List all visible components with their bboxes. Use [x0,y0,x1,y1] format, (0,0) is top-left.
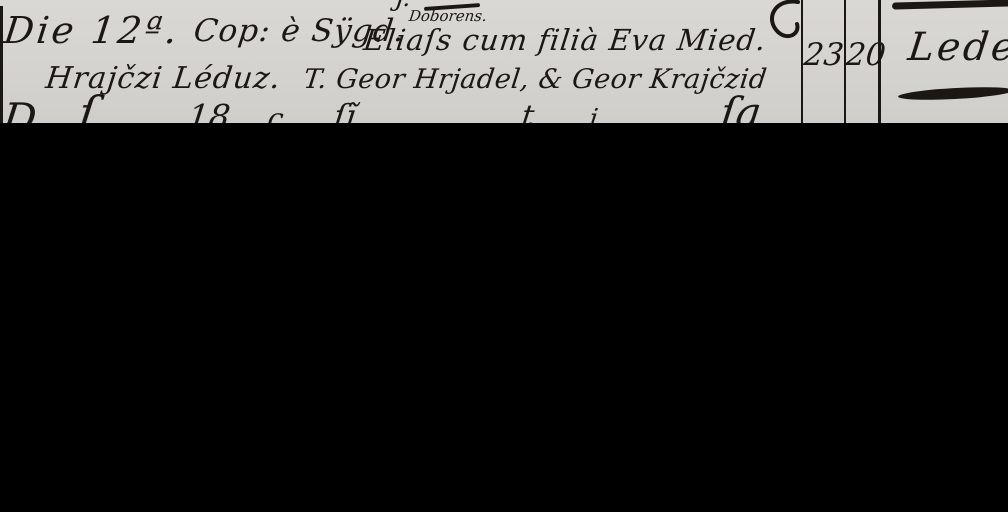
entry-line2-left: Hrajčzi Léduz. [44,64,283,94]
next-row-fragment-5: ſĩ [332,100,358,123]
entry-line2-right: T. Geor Hrjadel, & Geor Krajčzid [302,66,769,93]
age-column-1-value: 23 [802,40,844,71]
void-area [0,123,1008,512]
place-name: Ledečz [906,28,1008,67]
next-row-fragment-7: i [588,106,600,123]
next-row-fragment-4: c [266,105,285,123]
next-row-fragment-1: D [0,98,39,123]
entry-date: Die 12ª. [2,12,182,49]
next-row-fragment-3: 18 [186,100,232,123]
next-row-fragment-8: ſa [718,92,764,123]
register-scan: J. Die 12ª. Cop: è Sÿgd. Doborens. Eliaſ… [0,0,1008,123]
page-left-border-line [0,6,3,123]
ink-stroke-place-underline [898,84,1008,102]
age-column-2-value: 20 [844,40,878,71]
next-row-fragment-6: t [520,102,536,123]
entry-superscript: Doborens. [408,9,488,24]
entry-names-line1: Eliaſs cum filià Eva Mied. [362,26,768,55]
ink-stroke-place-top [892,0,1008,9]
